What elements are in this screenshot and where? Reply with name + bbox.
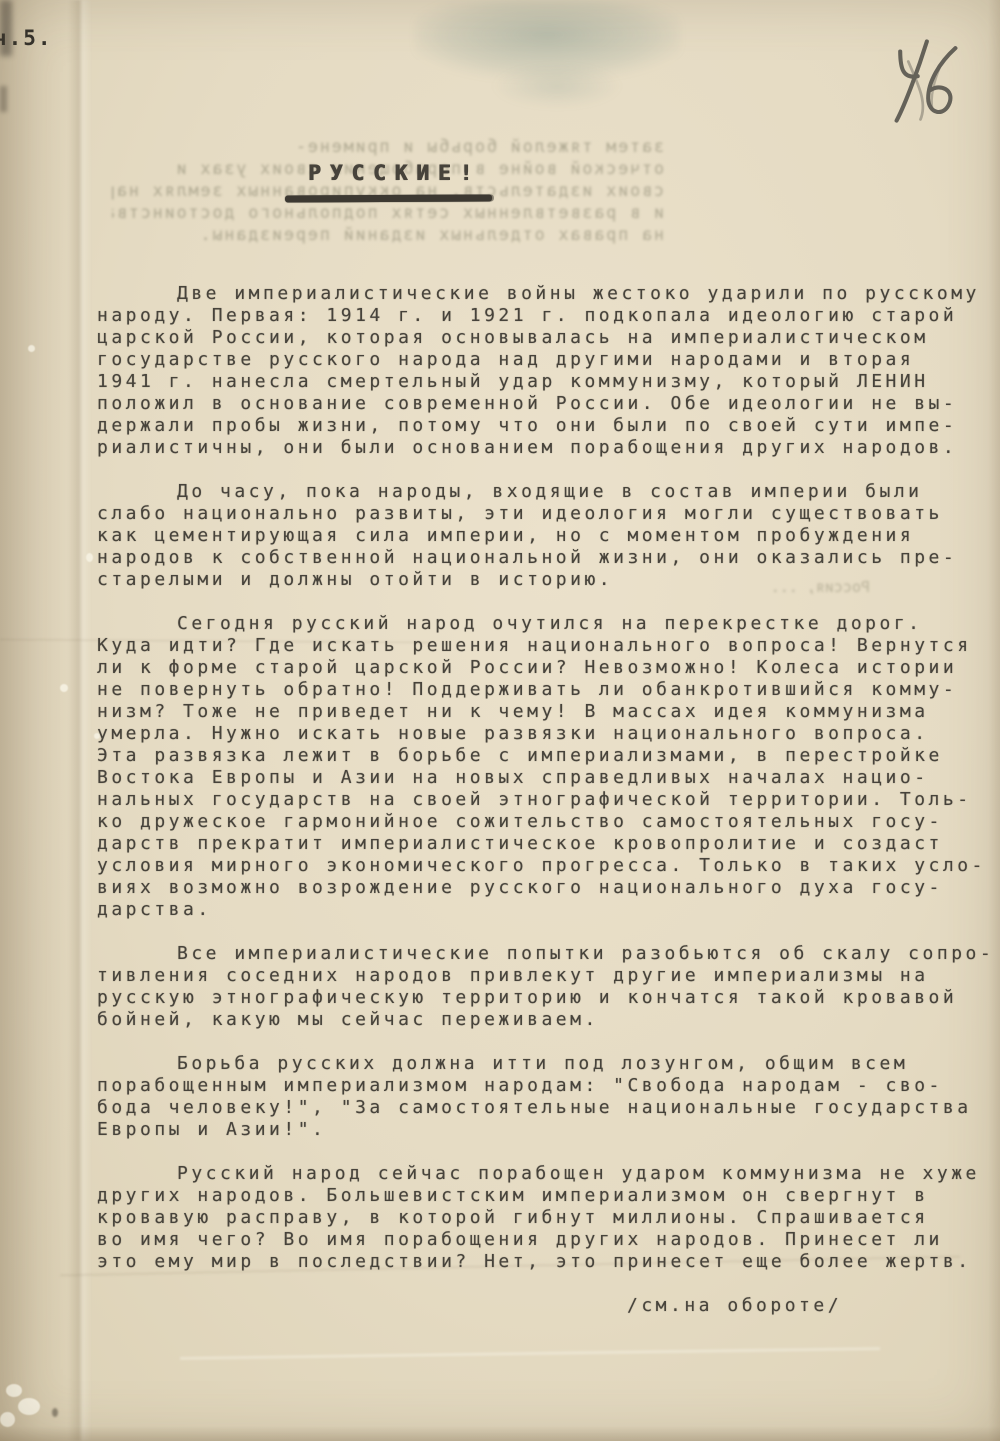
paper-chip xyxy=(6,1384,22,1397)
paper-chip xyxy=(0,1412,15,1427)
text-line: Русский народ сейчас порабощен ударом ко… xyxy=(97,1163,993,1185)
text-line: это ему мир в последствии? Нет, это прин… xyxy=(97,1251,993,1273)
title-underline xyxy=(285,194,492,202)
document-title: РУССКИЕ! xyxy=(287,161,502,185)
paper-chip xyxy=(60,684,68,692)
vertical-crease xyxy=(68,0,92,1441)
text-line: народу. Первая: 1914 г. и 1921 г. подкоп… xyxy=(97,305,993,327)
text-line: бойней, какую мы сейчас переживаем. xyxy=(97,1009,993,1031)
text-line: условия мирного экономического прогресса… xyxy=(97,855,993,877)
text-line: других народов. Большевистским империали… xyxy=(97,1185,993,1207)
text-line: слабо национально развиты, эти идеология… xyxy=(97,503,993,525)
text-line: риалистичны, они были основанием порабощ… xyxy=(97,437,993,459)
text-line: Борьба русских должна итти под лозунгом,… xyxy=(97,1053,993,1075)
document-body: Две империалистические войны жестоко уда… xyxy=(97,283,993,1317)
text-line: не повернуть обратно! Поддерживать ли об… xyxy=(97,679,993,701)
bleedthrough-line: и в разветвленных сетях подпольного дост… xyxy=(112,202,664,224)
text-line: порабощенным империализмом народам: "Сво… xyxy=(97,1075,993,1097)
pencil-page-number xyxy=(873,31,975,140)
scan-edge-smudge xyxy=(0,0,12,56)
paragraph-2: До часу, пока народы, входящие в состав … xyxy=(97,481,993,591)
text-line: русскую этнографическую территорию и кон… xyxy=(97,987,993,1009)
text-line: До часу, пока народы, входящие в состав … xyxy=(97,481,993,503)
left-fold-shading xyxy=(0,0,100,1441)
text-line: ко дружеское гармонийное сожительство са… xyxy=(97,811,993,833)
text-line: дарства. xyxy=(97,899,993,921)
paragraph-1: Две империалистические войны жестоко уда… xyxy=(97,283,993,459)
text-line: ли к форме старой царской России? Невозм… xyxy=(97,657,993,679)
bleedthrough-line: своих издательств, на оккупированных зем… xyxy=(112,180,664,202)
paragraph-4: Все империалистические попытки разобьютс… xyxy=(97,943,993,1031)
paper-chip xyxy=(28,345,35,352)
paragraph-6: Русский народ сейчас порабощен ударом ко… xyxy=(97,1163,993,1273)
horizontal-crease xyxy=(180,1347,880,1360)
paragraph-5: Борьба русских должна итти под лозунгом,… xyxy=(97,1053,993,1141)
text-line: дарств прекратит империалистическое кров… xyxy=(97,833,993,855)
bleedthrough-line: затем тяжелой борьбы и примене- xyxy=(112,136,664,158)
text-line: Европы и Азии!". xyxy=(97,1119,993,1141)
text-line: как цементирующая сила империи, но с мом… xyxy=(97,525,993,547)
text-line: Все империалистические попытки разобьютс… xyxy=(97,943,993,965)
ink-speck xyxy=(52,1408,58,1417)
text-line: государстве русского народа над другими … xyxy=(97,349,993,371)
text-line: низм? Тоже не приведет ни к чему! В масс… xyxy=(97,701,993,723)
text-line: во имя чего? Во имя порабощения других н… xyxy=(97,1229,993,1251)
text-line: бода человеку!", "За самостоятельные нац… xyxy=(97,1097,993,1119)
text-line: старелыми и должны отойти в историю. xyxy=(97,569,993,591)
text-line: умерла. Нужно искать новые развязки наци… xyxy=(97,723,993,745)
text-line: царской России, которая основывалась на … xyxy=(97,327,993,349)
text-line: Куда идти? Где искать решения национальн… xyxy=(97,635,993,657)
text-line: нальных государств на своей этнографичес… xyxy=(97,789,993,811)
bleedthrough-line: отческой войне в порабощении своих узах … xyxy=(112,158,664,180)
text-line: кровавую расправу, в которой гибнут милл… xyxy=(97,1207,993,1229)
text-line: тивления соседних народов привлекут друг… xyxy=(97,965,993,987)
text-line: положил в основание современной России. … xyxy=(97,393,993,415)
text-line: виях возможно возрождение русского нацио… xyxy=(97,877,993,899)
teal-ink-stain xyxy=(415,0,680,78)
paper-chip xyxy=(86,553,93,562)
text-line: Востока Европы и Азии на новых справедли… xyxy=(97,767,993,789)
text-line: Сегодня русский народ очутился на перекр… xyxy=(97,613,993,635)
bleedthrough-text-block: затем тяжелой борьбы и примене- отческой… xyxy=(112,136,664,246)
text-line: держали пробы жизни, потому что они были… xyxy=(97,415,993,437)
text-line: Эта развязка лежит в борьбе с империализ… xyxy=(97,745,993,767)
see-reverse-note: /см.на обороте/ xyxy=(627,1295,993,1317)
paper-chip xyxy=(18,1398,40,1415)
text-line: 1941 г. нанесла смертельный удар коммуни… xyxy=(97,371,993,393)
bottom-edge-shadow xyxy=(0,1426,1000,1441)
paragraph-3: Сегодня русский народ очутился на перекр… xyxy=(97,613,993,921)
teal-ink-stain xyxy=(492,64,622,108)
text-line: народов к собственной национальной жизни… xyxy=(97,547,993,569)
corner-stamp: ч.5. xyxy=(0,26,53,50)
bleedthrough-line: на правах отдельных изданий переизданы. xyxy=(112,224,664,246)
text-line: Две империалистические войны жестоко уда… xyxy=(97,283,993,305)
scan-edge-smudge xyxy=(0,86,7,112)
